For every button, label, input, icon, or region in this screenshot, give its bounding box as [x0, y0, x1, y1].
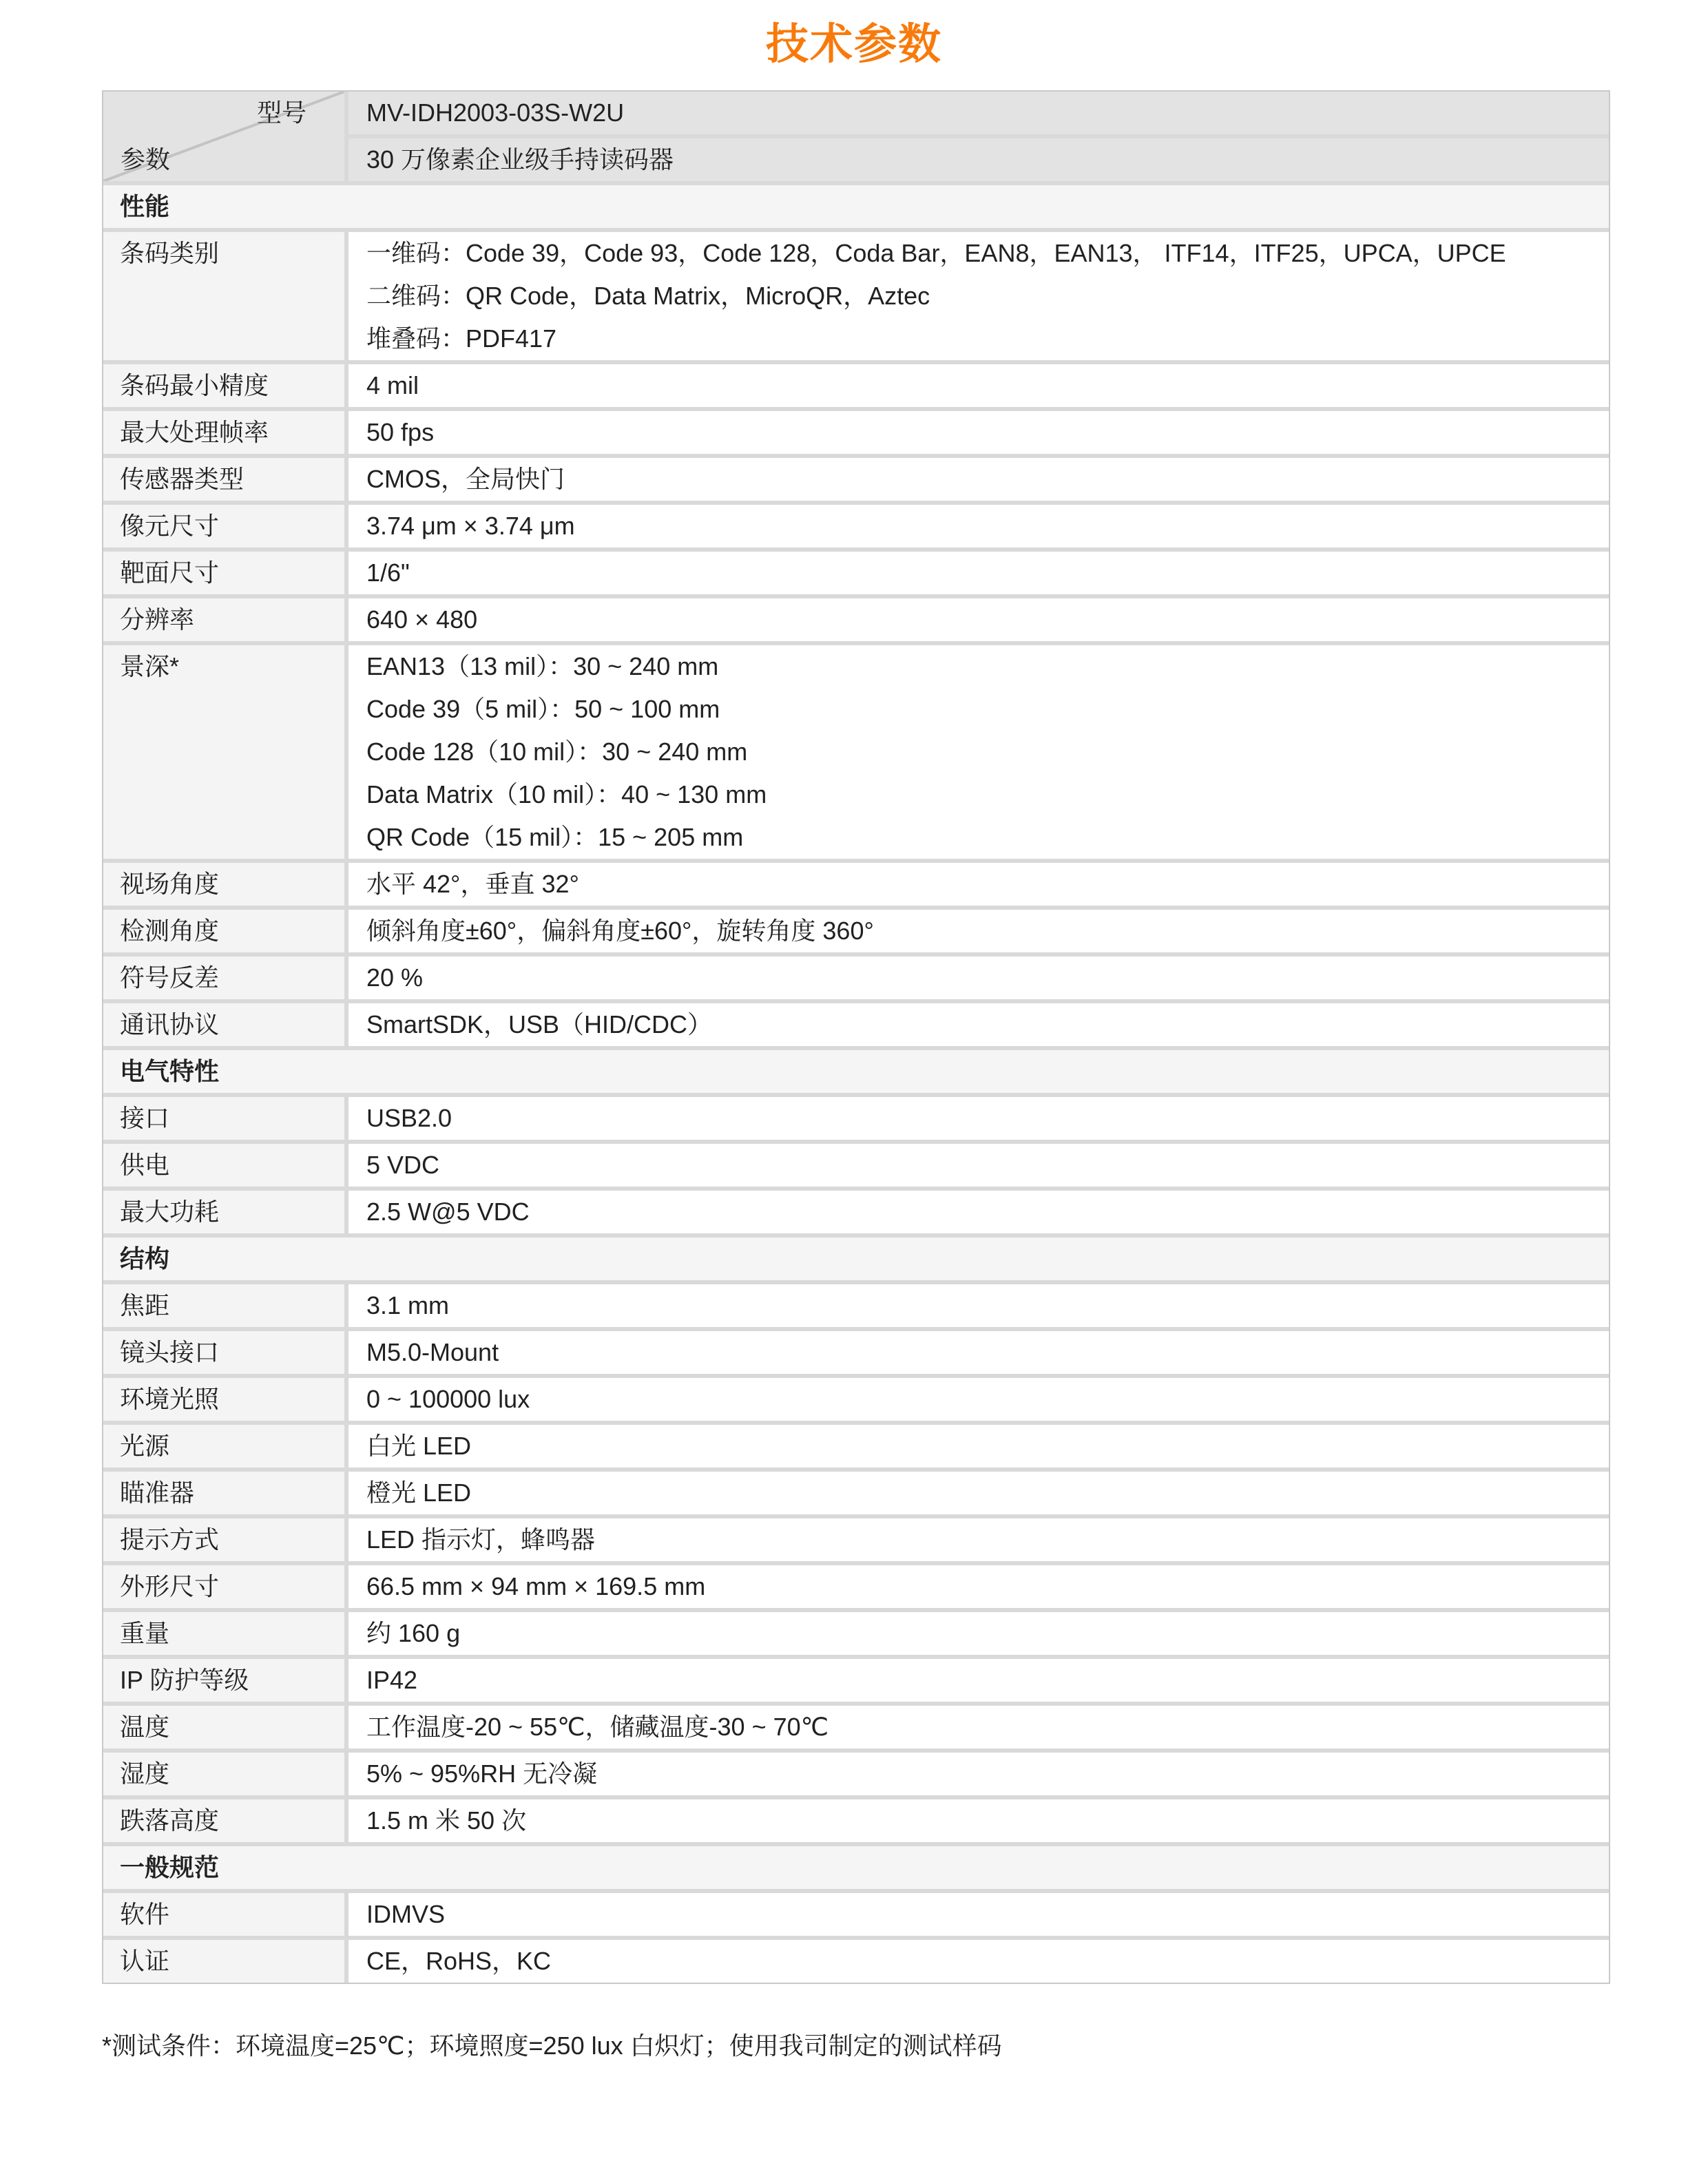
- spec-value: 20 %: [348, 957, 1609, 999]
- spec-value: M5.0-Mount: [348, 1331, 1609, 1374]
- spec-label: 外形尺寸: [103, 1565, 344, 1608]
- header-corner-cell: 型号 参数: [103, 92, 344, 181]
- spec-label: 符号反差: [103, 957, 344, 999]
- section-header: 结构: [103, 1237, 1609, 1280]
- spec-label: 光源: [103, 1425, 344, 1467]
- spec-label: 接口: [103, 1097, 344, 1140]
- spec-label: 温度: [103, 1706, 344, 1748]
- spec-label: 靶面尺寸: [103, 552, 344, 594]
- model-number-value: MV-IDH2003-03S-W2U: [348, 92, 1609, 134]
- spec-value: 50 fps: [348, 411, 1609, 454]
- spec-value: CMOS，全局快门: [348, 458, 1609, 501]
- spec-label: 条码类别: [103, 232, 344, 360]
- corner-model-label: 型号: [257, 92, 306, 134]
- spec-label: 分辨率: [103, 598, 344, 641]
- spec-label: 焦距: [103, 1284, 344, 1327]
- section-header: 性能: [103, 185, 1609, 228]
- spec-value: 3.74 μm × 3.74 μm: [348, 505, 1609, 547]
- spec-value: 66.5 mm × 94 mm × 169.5 mm: [348, 1565, 1609, 1608]
- spec-value: 约 160 g: [348, 1612, 1609, 1655]
- section-header: 电气特性: [103, 1050, 1609, 1093]
- spec-value: 2.5 W@5 VDC: [348, 1191, 1609, 1233]
- spec-label: 视场角度: [103, 863, 344, 906]
- model-description-value: 30 万像素企业级手持读码器: [348, 138, 1609, 181]
- spec-value: EAN13（13 mil）：30 ~ 240 mm Code 39（5 mil）…: [348, 645, 1609, 859]
- spec-label: 环境光照: [103, 1378, 344, 1421]
- spec-value: USB2.0: [348, 1097, 1609, 1140]
- spec-value: 倾斜角度±60°，偏斜角度±60°，旋转角度 360°: [348, 910, 1609, 952]
- section-header: 一般规范: [103, 1846, 1609, 1889]
- spec-value: 工作温度-20 ~ 55℃，储藏温度-30 ~ 70℃: [348, 1706, 1609, 1748]
- spec-value: 0 ~ 100000 lux: [348, 1378, 1609, 1421]
- spec-label: 供电: [103, 1144, 344, 1187]
- spec-value: LED 指示灯，蜂鸣器: [348, 1518, 1609, 1561]
- spec-value: IP42: [348, 1659, 1609, 1702]
- spec-label: 条码最小精度: [103, 364, 344, 407]
- spec-value: 橙光 LED: [348, 1472, 1609, 1514]
- spec-label: IP 防护等级: [103, 1659, 344, 1702]
- spec-value: 4 mil: [348, 364, 1609, 407]
- spec-value: 一维码：Code 39，Code 93，Code 128，Coda Bar，EA…: [348, 232, 1609, 360]
- spec-label: 检测角度: [103, 910, 344, 952]
- spec-label: 软件: [103, 1893, 344, 1936]
- spec-value: 1.5 m 米 50 次: [348, 1799, 1609, 1842]
- spec-value: 640 × 480: [348, 598, 1609, 641]
- spec-label: 传感器类型: [103, 458, 344, 501]
- spec-value: 白光 LED: [348, 1425, 1609, 1467]
- spec-label: 提示方式: [103, 1518, 344, 1561]
- spec-label: 跌落高度: [103, 1799, 344, 1842]
- spec-label: 湿度: [103, 1753, 344, 1795]
- spec-value: 5% ~ 95%RH 无冷凝: [348, 1753, 1609, 1795]
- spec-value: 1/6": [348, 552, 1609, 594]
- spec-value: 5 VDC: [348, 1144, 1609, 1187]
- spec-label: 镜头接口: [103, 1331, 344, 1374]
- corner-param-label: 参数: [121, 138, 170, 181]
- spec-value: IDMVS: [348, 1893, 1609, 1936]
- spec-value: CE，RoHS，KC: [348, 1940, 1609, 1983]
- spec-label: 重量: [103, 1612, 344, 1655]
- spec-label: 景深*: [103, 645, 344, 859]
- footnote: *测试条件：环境温度=25℃；环境照度=250 lux 白炽灯；使用我司制定的测…: [102, 2029, 1708, 2062]
- spec-value: 3.1 mm: [348, 1284, 1609, 1327]
- spec-label: 认证: [103, 1940, 344, 1983]
- spec-table-wrapper: 型号 参数 MV-IDH2003-03S-W2U 30 万像素企业级手持读码器 …: [102, 90, 1610, 1984]
- spec-label: 像元尺寸: [103, 505, 344, 547]
- page-title: 技术参数: [0, 0, 1708, 71]
- spec-value: SmartSDK，USB（HID/CDC）: [348, 1003, 1609, 1046]
- spec-table: 型号 参数 MV-IDH2003-03S-W2U 30 万像素企业级手持读码器 …: [103, 92, 1609, 1983]
- spec-label: 通讯协议: [103, 1003, 344, 1046]
- spec-value: 水平 42°，垂直 32°: [348, 863, 1609, 906]
- spec-label: 瞄准器: [103, 1472, 344, 1514]
- spec-label: 最大处理帧率: [103, 411, 344, 454]
- spec-label: 最大功耗: [103, 1191, 344, 1233]
